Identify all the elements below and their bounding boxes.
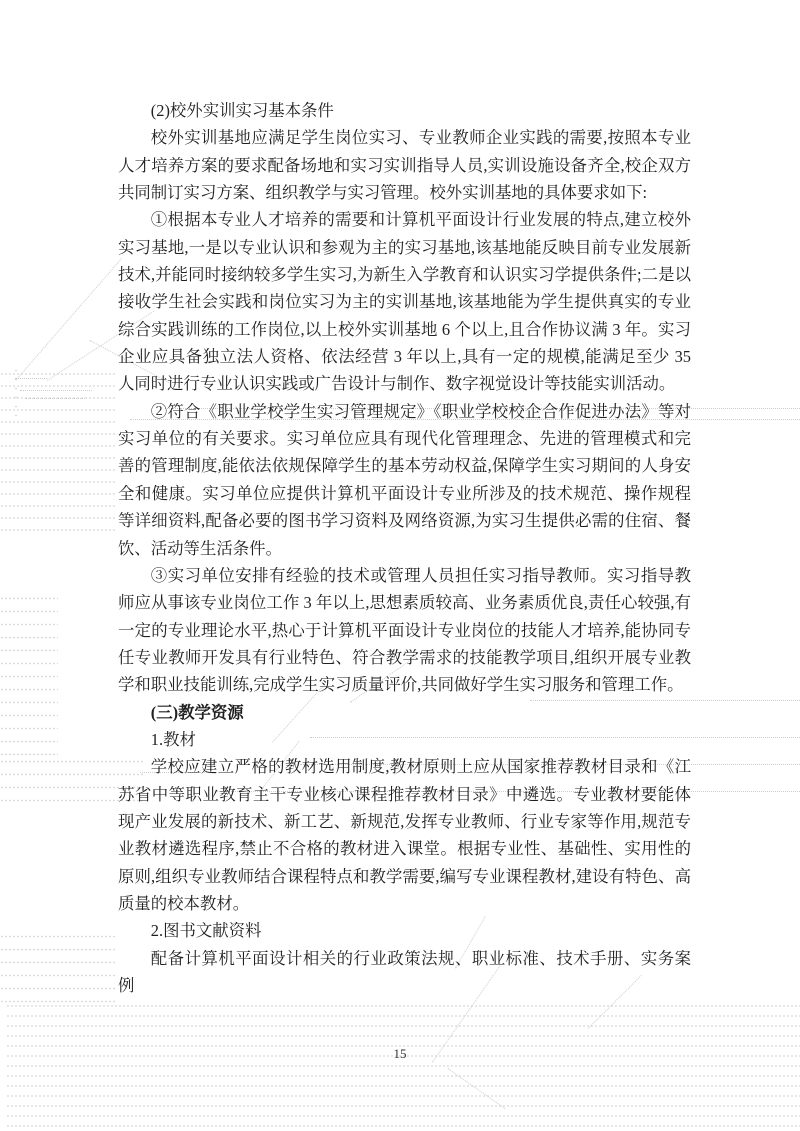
- document-page: (2)校外实训实习基本条件校外实训基地应满足学生岗位实习、专业教师企业实践的需要…: [0, 0, 800, 1131]
- sub-heading: (2)校外实训实习基本条件: [118, 97, 691, 124]
- sub-heading: 2.图书文献资料: [118, 917, 691, 944]
- scan-artifact-dots: [0, 592, 58, 762]
- scan-artifact-diagonal: [447, 1068, 505, 1109]
- body-paragraph: ①根据本专业人才培养的需要和计算机平面设计行业发展的特点,建立校外实习基地,一是…: [118, 206, 691, 397]
- body-paragraph: 学校应建立严格的教材选用制度,教材原则上应从国家推荐教材目录和《江苏省中等职业教…: [118, 753, 691, 917]
- body-paragraph: ②符合《职业学校学生实习管理规定》《职业学校校企合作促进办法》等对实习单位的有关…: [118, 398, 691, 562]
- page-number: 15: [0, 1046, 800, 1062]
- scan-artifact-dots: [0, 368, 116, 538]
- section-heading: (三)教学资源: [118, 699, 691, 726]
- sub-heading: 1.教材: [118, 726, 691, 753]
- scan-artifact-dots: [14, 366, 19, 421]
- scan-artifact-dots: [0, 930, 116, 1005]
- scan-artifact-line: [25, 398, 85, 399]
- body-paragraph: ③实习单位安排有经验的技术或管理人员担任实习指导教师。实习指导教师应从事该专业岗…: [118, 562, 691, 699]
- body-paragraph: 配备计算机平面设计相关的行业政策法规、职业标准、技术手册、实务案例: [118, 945, 691, 1000]
- scan-artifact-diagonal: [17, 258, 122, 379]
- scan-artifact-line: [15, 378, 47, 379]
- scan-artifact-dots: [6, 1001, 800, 1129]
- scan-artifact-line: [20, 390, 92, 391]
- body-paragraph: 校外实训基地应满足学生岗位实习、专业教师企业实践的需要,按照本专业人才培养方案的…: [118, 124, 691, 206]
- page-body-text: (2)校外实训实习基本条件校外实训基地应满足学生岗位实习、专业教师企业实践的需要…: [118, 97, 691, 999]
